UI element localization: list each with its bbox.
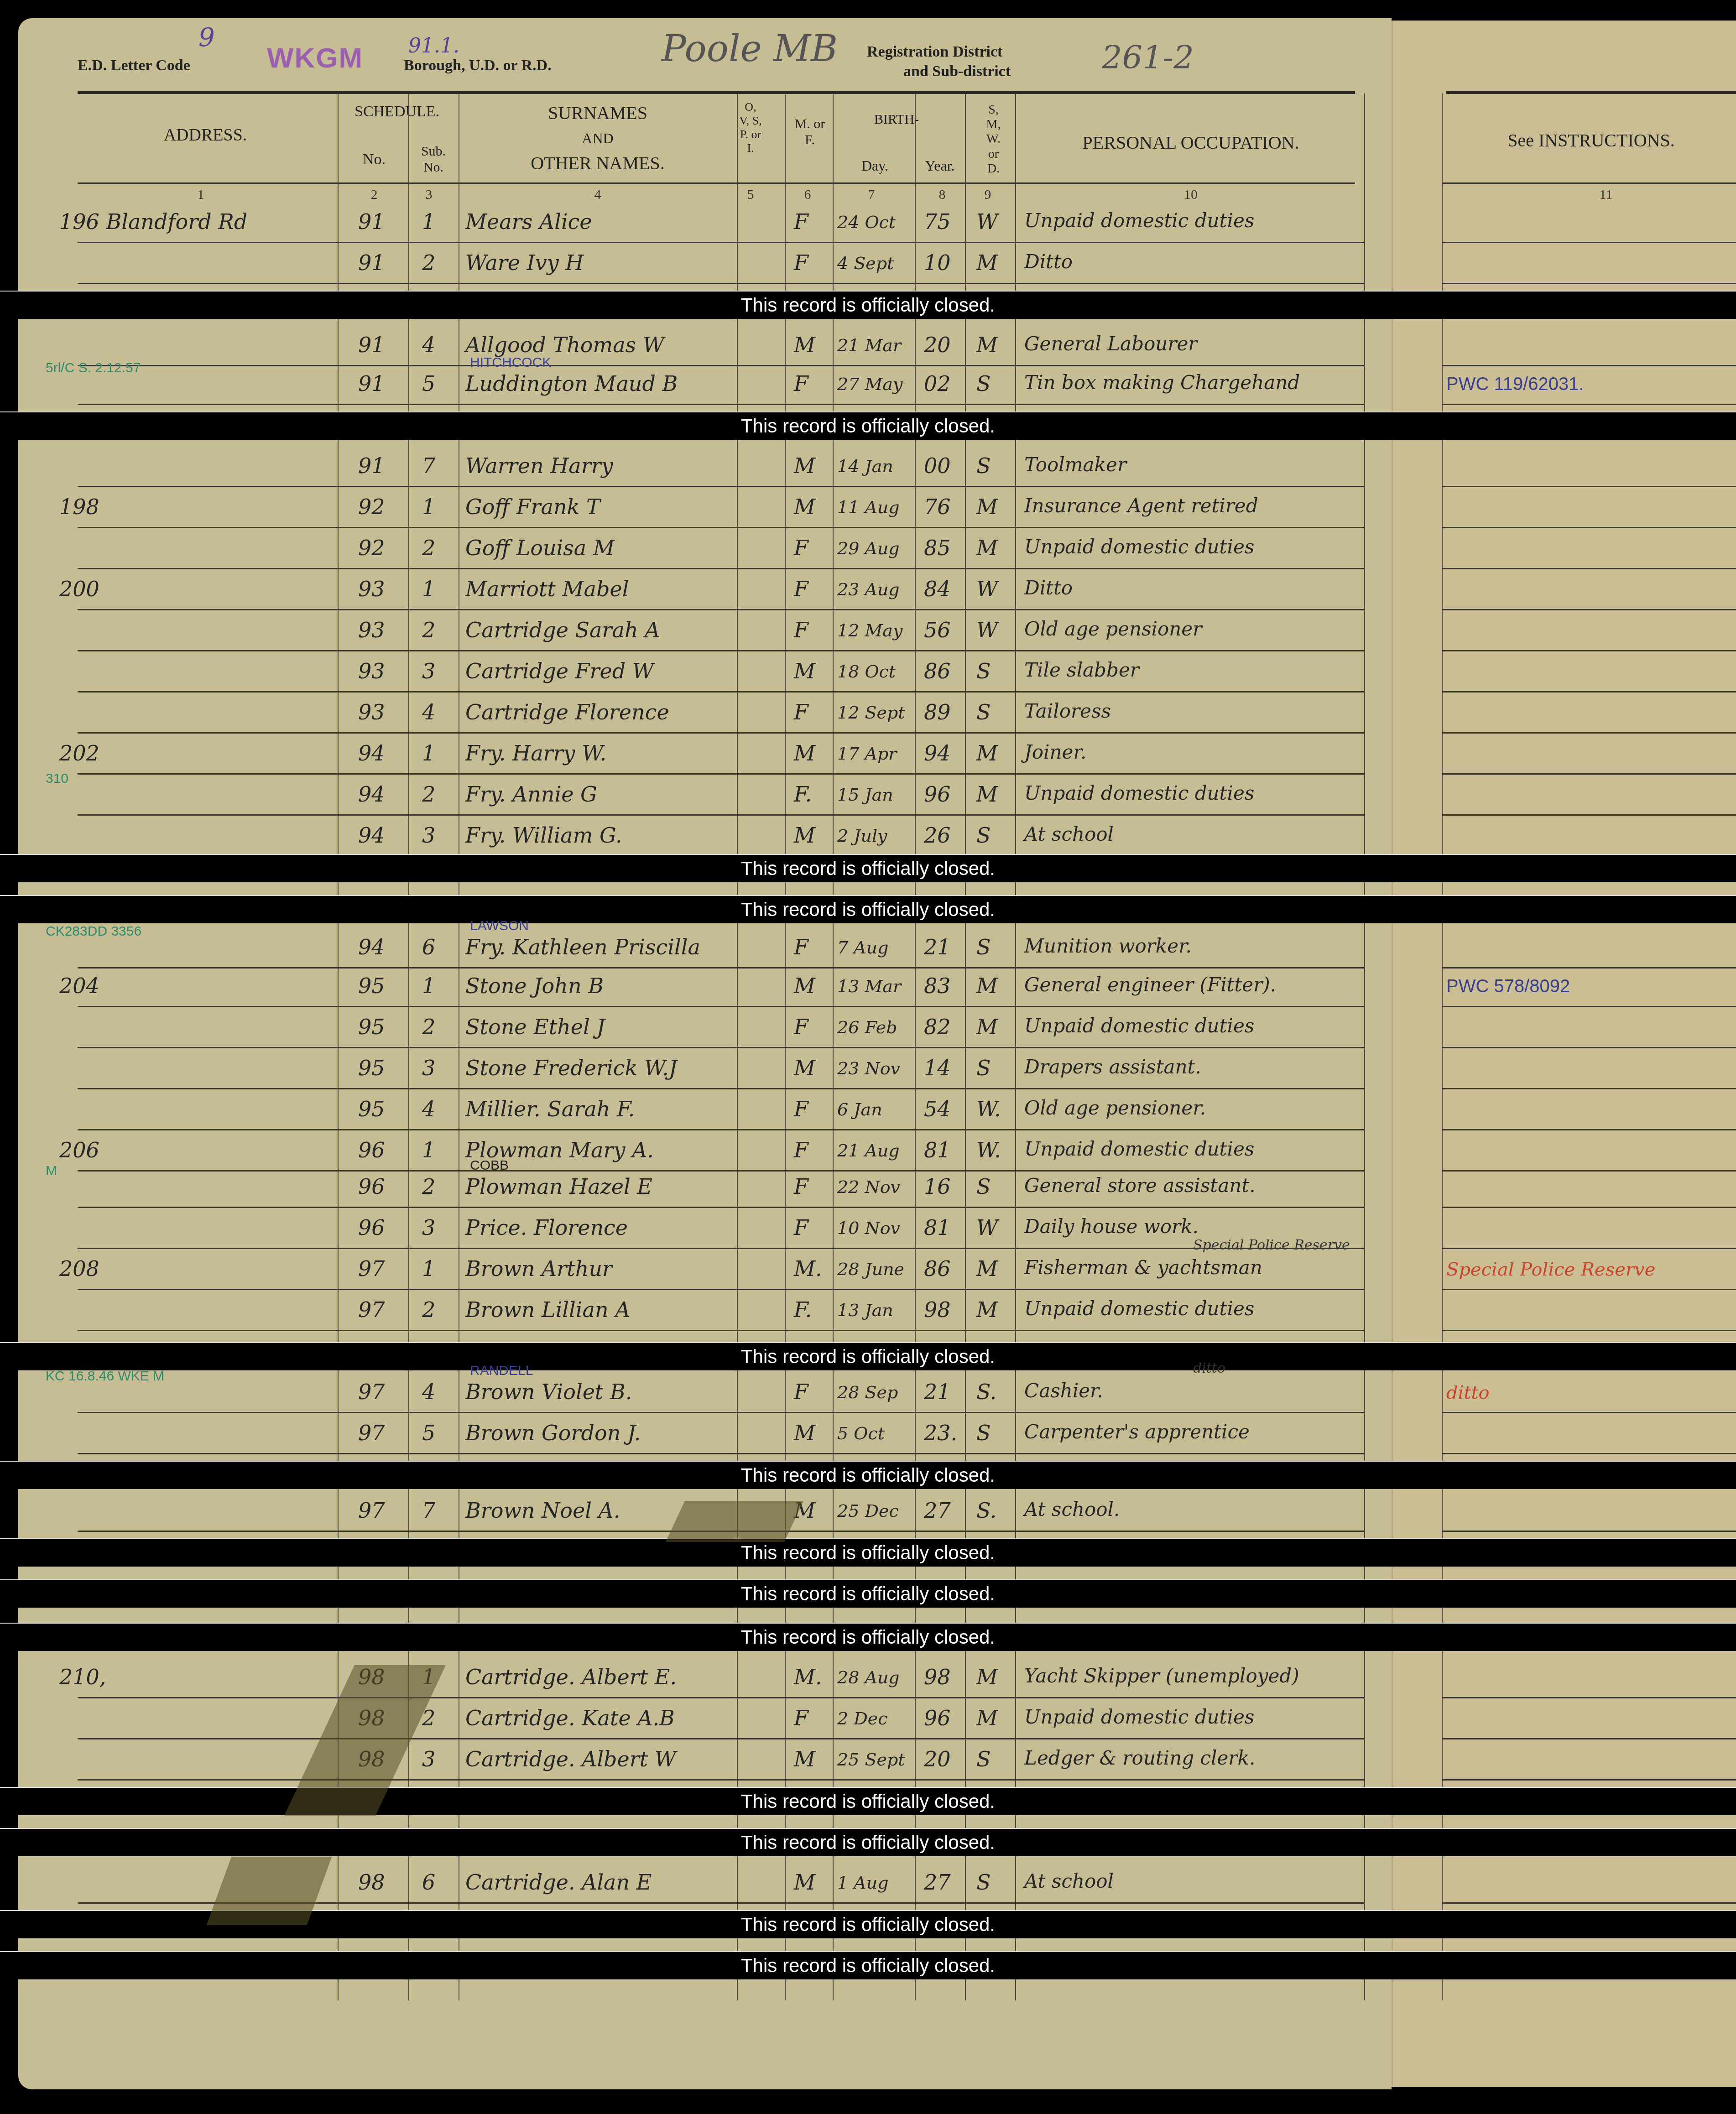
marital-status-cell: S — [976, 700, 991, 724]
birth-day-cell: 14 Jan — [837, 456, 893, 476]
col-sex: M. or F. — [789, 116, 830, 148]
sex-cell: M — [794, 741, 815, 765]
birth-day-cell: 22 Nov — [837, 1177, 900, 1197]
sex-cell: M — [794, 333, 815, 357]
schedule-no-cell: 94 — [358, 741, 385, 765]
row-rule-right — [1442, 691, 1736, 693]
occupation-cell: Fisherman & yachtsman — [1024, 1256, 1262, 1279]
birth-day-cell: 4 Sept — [837, 253, 894, 273]
name-cell: Goff Frank T — [465, 495, 600, 519]
row-rule — [78, 1779, 1364, 1781]
census-record-row: 912Ware Ivy HF4 Sept10MDitto — [0, 244, 1736, 284]
column-number: 5 — [737, 187, 764, 203]
marital-status-cell: W — [976, 618, 998, 642]
borough-value: Poole MB — [662, 27, 838, 70]
row-rule-right — [1442, 732, 1736, 734]
birth-day-cell: 18 Oct — [837, 661, 896, 682]
birth-day-cell: 5 Oct — [837, 1423, 885, 1443]
ed-number: 9 — [198, 23, 215, 52]
closed-record-banner: This record is officially closed. — [0, 1951, 1736, 1979]
name-annotation: LAWSON — [470, 918, 529, 934]
name-cell: Millier. Sarah F. — [465, 1097, 635, 1121]
row-rule — [78, 404, 1364, 405]
birth-year-cell: 84 — [924, 577, 951, 601]
row-rule — [78, 1453, 1364, 1454]
schedule-sub-cell: 6 — [422, 935, 435, 959]
row-rule-right — [1442, 650, 1736, 651]
schedule-no-cell: 97 — [358, 1380, 385, 1404]
name-cell: Cartridge. Albert E. — [465, 1665, 677, 1689]
marital-status-cell: W — [976, 577, 998, 601]
tape-mark — [666, 1501, 803, 1542]
schedule-no-cell: 92 — [358, 536, 385, 560]
name-cell: Brown Lillian A — [465, 1297, 630, 1322]
marital-status-cell: S — [976, 1056, 991, 1080]
schedule-no-cell: 95 — [358, 1015, 385, 1039]
sex-cell: M — [794, 1056, 815, 1080]
schedule-no-cell: 91 — [358, 333, 385, 357]
closed-record-banner: This record is officially closed. — [0, 1828, 1736, 1856]
census-record-row: 962Plowman Hazel EF22 Nov16SGeneral stor… — [0, 1168, 1736, 1208]
registration-district-label: Registration District — [867, 43, 1002, 61]
sex-cell: F — [794, 1174, 808, 1199]
schedule-no-cell: 91 — [358, 209, 385, 234]
row-rule — [78, 1207, 1364, 1208]
birth-day-cell: 15 Jan — [837, 785, 893, 805]
census-record-row: 975Brown Gordon J.M5 Oct23.SCarpenter's … — [0, 1414, 1736, 1454]
occupation-cell: Insurance Agent retired — [1024, 495, 1258, 517]
occupation-cell: Unpaid domestic duties — [1024, 1297, 1254, 1320]
column-number: 3 — [415, 187, 443, 203]
census-record-row: 933Cartridge Fred WM18 Oct86STile slabbe… — [0, 652, 1736, 693]
marital-status-cell: M — [976, 333, 998, 357]
birth-day-cell: 12 May — [837, 620, 902, 640]
schedule-no-cell: 91 — [358, 371, 385, 396]
closed-record-banner: This record is officially closed. — [0, 291, 1736, 319]
birth-year-cell: 00 — [924, 453, 951, 478]
row-rule-right — [1442, 1129, 1736, 1130]
birth-day-cell: 13 Jan — [837, 1300, 893, 1320]
ed-letter-code-label: E.D. Letter Code — [78, 57, 190, 74]
sex-cell: F — [794, 250, 808, 275]
birth-day-cell: 7 Aug — [837, 937, 889, 958]
birth-day-cell: 6 Jan — [837, 1099, 882, 1119]
sex-cell: F — [794, 371, 808, 396]
birth-day-cell: 17 Apr — [837, 744, 897, 764]
row-rule-right — [1442, 1453, 1736, 1454]
occupation-cell: Ditto — [1024, 577, 1073, 599]
name-cell: Cartridge. Albert W — [465, 1747, 676, 1771]
row-rule-right — [1442, 1006, 1736, 1007]
occupation-cell: General engineer (Fitter). — [1024, 974, 1276, 996]
census-record-row: 210,981Cartridge. Albert E.M.28 Aug98MYa… — [0, 1658, 1736, 1698]
col-names-2: AND — [461, 130, 735, 147]
address-annotation: 5rl/C S. 2.12.57 — [46, 360, 141, 376]
row-rule-right — [1442, 1779, 1736, 1781]
column-number: 2 — [360, 187, 388, 203]
census-record-row: 932Cartridge Sarah AF12 May56WOld age pe… — [0, 611, 1736, 651]
row-rule-right — [1442, 1531, 1736, 1532]
census-record-row: 974Brown Violet B.F28 Sep21S.Cashier.dit… — [0, 1373, 1736, 1413]
occupation-cell: Ledger & routing clerk. — [1024, 1747, 1255, 1769]
schedule-sub-cell: 4 — [422, 333, 435, 357]
birth-day-cell: 2 July — [837, 826, 887, 846]
row-rule — [78, 568, 1364, 569]
name-cell: Fry. Annie G — [465, 782, 597, 807]
schedule-sub-cell: 1 — [422, 577, 435, 601]
birth-year-cell: 56 — [924, 618, 951, 642]
schedule-sub-cell: 7 — [422, 1498, 435, 1523]
name-cell: Fry. William G. — [465, 823, 622, 848]
row-rule — [78, 814, 1364, 816]
census-record-row: 977Brown Noel A.M25 Dec27S.At school. — [0, 1492, 1736, 1532]
ed-letter-code-stamp: WKGM — [267, 42, 363, 74]
schedule-sub-cell: 3 — [422, 1056, 435, 1080]
borough-label: Borough, U.D. or R.D. — [404, 57, 552, 74]
schedule-no-cell: 96 — [358, 1174, 385, 1199]
name-cell: Ware Ivy H — [465, 250, 584, 275]
row-rule-right — [1442, 1902, 1736, 1904]
row-rule — [78, 283, 1364, 284]
birth-year-cell: 94 — [924, 741, 951, 765]
census-record-row: 196 Blandford Rd911Mears AliceF24 Oct75W… — [0, 203, 1736, 243]
schedule-sub-cell: 1 — [422, 974, 435, 998]
census-record-row: 952Stone Ethel JF26 Feb82MUnpaid domesti… — [0, 1008, 1736, 1048]
marital-status-cell: S — [976, 371, 991, 396]
name-cell: Luddington Maud B — [465, 371, 678, 396]
name-cell: Cartridge. Alan E — [465, 1870, 652, 1895]
col-birth-year: Year. — [917, 157, 963, 174]
name-cell: Cartridge. Kate A.B — [465, 1706, 675, 1730]
row-rule — [78, 732, 1364, 734]
column-number: 4 — [584, 187, 611, 203]
sex-cell: F — [794, 577, 808, 601]
name-annotation: RANDELL — [470, 1363, 533, 1379]
birth-year-cell: 98 — [924, 1297, 951, 1322]
row-rule — [78, 486, 1364, 487]
marital-status-cell: M — [976, 782, 998, 807]
sex-cell: F — [794, 1380, 808, 1404]
row-rule — [78, 1412, 1364, 1413]
marital-status-cell: S — [976, 453, 991, 478]
name-cell: Cartridge Sarah A — [465, 618, 660, 642]
address-cell: 208 — [59, 1256, 99, 1281]
birth-day-cell: 10 Nov — [837, 1218, 900, 1238]
row-rule-right — [1442, 1697, 1736, 1698]
sex-cell: M — [794, 1747, 815, 1771]
schedule-sub-cell: 1 — [422, 1256, 435, 1281]
marital-status-cell: M — [976, 1665, 998, 1689]
birth-day-cell: 21 Mar — [837, 335, 901, 355]
row-rule — [78, 1129, 1364, 1130]
birth-year-cell: 54 — [924, 1097, 951, 1121]
birth-year-cell: 83 — [924, 974, 951, 998]
birth-day-cell: 12 Sept — [837, 703, 905, 723]
sex-cell: F — [794, 1138, 808, 1162]
schedule-sub-cell: 4 — [422, 1380, 435, 1404]
birth-year-cell: 27 — [924, 1498, 951, 1523]
occupation-cell: Toolmaker — [1024, 453, 1126, 476]
sex-cell: M — [794, 974, 815, 998]
census-record-row: 963Price. FlorenceF10 Nov81WDaily house … — [0, 1209, 1736, 1249]
row-rule-right — [1442, 486, 1736, 487]
occupation-cell: Ditto — [1024, 250, 1073, 273]
birth-day-cell: 13 Mar — [837, 976, 901, 996]
row-rule — [78, 1738, 1364, 1739]
sex-cell: F — [794, 1097, 808, 1121]
occupation-cell: Carpenter's apprentice — [1024, 1421, 1250, 1443]
schedule-sub-cell: 1 — [422, 1138, 435, 1162]
closed-record-banner: This record is officially closed. — [0, 1538, 1736, 1567]
row-rule — [78, 1289, 1364, 1290]
occupation-cell: Joiner. — [1024, 741, 1086, 763]
header-rule — [78, 91, 1355, 94]
address-annotation: M — [46, 1163, 57, 1179]
birth-day-cell: 11 Aug — [837, 497, 900, 517]
name-cell: Brown Arthur — [465, 1256, 612, 1281]
birth-day-cell: 28 Sep — [837, 1382, 898, 1402]
row-rule-right — [1442, 527, 1736, 528]
row-rule-right — [1442, 609, 1736, 610]
marital-status-cell: S. — [976, 1380, 997, 1404]
occupation-cell: Tailoress — [1024, 700, 1111, 722]
address-cell: 206 — [59, 1138, 99, 1162]
marital-status-cell: S — [976, 1747, 991, 1771]
schedule-sub-cell: 2 — [422, 250, 435, 275]
schedule-sub-cell: 3 — [422, 1747, 435, 1771]
birth-year-cell: 96 — [924, 782, 951, 807]
closed-record-banner: This record is officially closed. — [0, 1461, 1736, 1489]
instructions-annotation: ditto — [1446, 1382, 1490, 1403]
sex-cell: F. — [794, 782, 812, 807]
birth-year-cell: 85 — [924, 536, 951, 560]
occupation-cell: Munition worker. — [1024, 935, 1192, 957]
marital-status-cell: W — [976, 1215, 998, 1240]
closed-record-banner: This record is officially closed. — [0, 1787, 1736, 1815]
census-record-row: 954Millier. Sarah F.F6 Jan54W.Old age pe… — [0, 1090, 1736, 1130]
sex-cell: M. — [794, 1256, 822, 1281]
column-number: 1 — [187, 187, 214, 203]
occupation-annotation: ditto — [1193, 1360, 1225, 1376]
name-cell: Cartridge Florence — [465, 700, 669, 724]
column-number: 10 — [1177, 187, 1204, 203]
sex-cell: M — [794, 823, 815, 848]
occupation-cell: Unpaid domestic duties — [1024, 536, 1254, 558]
birth-day-cell: 28 Aug — [837, 1667, 900, 1687]
marital-status-cell: S — [976, 659, 991, 683]
column-number: 8 — [928, 187, 956, 203]
schedule-no-cell: 95 — [358, 1097, 385, 1121]
schedule-sub-cell: 7 — [422, 453, 435, 478]
sex-cell: F — [794, 1215, 808, 1240]
row-rule — [78, 1330, 1364, 1331]
name-cell: Plowman Hazel E — [465, 1174, 652, 1199]
col-address: ADDRESS. — [78, 125, 333, 146]
marital-status-cell: S — [976, 1421, 991, 1445]
schedule-no-cell: 97 — [358, 1297, 385, 1322]
marital-status-cell: W — [976, 209, 998, 234]
schedule-no-cell: 94 — [358, 782, 385, 807]
census-record-row: 934Cartridge FlorenceF12 Sept89STailores… — [0, 693, 1736, 734]
name-cell: Fry. Kathleen Priscilla — [465, 935, 700, 959]
name-cell: Goff Louisa M — [465, 536, 615, 560]
col-marital: S, M, W. or D. — [981, 103, 1006, 176]
marital-status-cell: S — [976, 1174, 991, 1199]
column-number: 9 — [974, 187, 1001, 203]
occupation-cell: Old age pensioner. — [1024, 1097, 1206, 1119]
schedule-no-cell: 96 — [358, 1138, 385, 1162]
address-annotation: 310 — [46, 771, 68, 786]
address-annotation: KC 16.8.46 WKE M — [46, 1369, 164, 1384]
row-rule — [78, 650, 1364, 651]
name-cell: Fry. Harry W. — [465, 741, 606, 765]
schedule-sub-cell: 1 — [422, 209, 435, 234]
birth-year-cell: 86 — [924, 659, 951, 683]
schedule-sub-cell: 2 — [422, 1297, 435, 1322]
census-record-row: 208971Brown ArthurM.28 June86MFisherman … — [0, 1250, 1736, 1290]
census-record-row: 946Fry. Kathleen PriscillaF7 Aug21SMunit… — [0, 928, 1736, 968]
schedule-no-cell: 94 — [358, 823, 385, 848]
col-schedule-sub: Sub. No. — [411, 144, 456, 175]
schedule-no-cell: 93 — [358, 618, 385, 642]
birth-year-cell: 23. — [924, 1421, 957, 1445]
row-rule — [78, 1697, 1364, 1698]
sex-cell: F — [794, 935, 808, 959]
marital-status-cell: W. — [976, 1138, 1001, 1162]
row-rule — [78, 1047, 1364, 1048]
instructions-annotation: PWC 119/62031. — [1446, 374, 1584, 395]
birth-day-cell: 2 Dec — [837, 1708, 888, 1729]
schedule-no-cell: 95 — [358, 974, 385, 998]
marital-status-cell: S — [976, 823, 991, 848]
row-rule-right — [1442, 1330, 1736, 1331]
address-cell: 198 — [59, 495, 99, 519]
sex-cell: F — [794, 209, 808, 234]
col-names-1: SURNAMES — [461, 103, 735, 124]
schedule-sub-cell: 3 — [422, 823, 435, 848]
occupation-cell: Tile slabber — [1024, 659, 1139, 681]
census-record-row: 922Goff Louisa MF29 Aug85MUnpaid domesti… — [0, 529, 1736, 569]
sex-cell: M. — [794, 1665, 822, 1689]
schedule-sub-cell: 2 — [422, 1015, 435, 1039]
birth-day-cell: 28 June — [837, 1259, 904, 1279]
schedule-no-cell: 96 — [358, 1215, 385, 1240]
census-record-row: 983Cartridge. Albert WM25 Sept20SLedger … — [0, 1740, 1736, 1781]
address-cell: 202 — [59, 741, 99, 765]
occupation-cell: At school. — [1024, 1498, 1120, 1520]
occupation-cell: At school — [1024, 823, 1114, 845]
column-number-rule-right — [1442, 182, 1736, 184]
census-record-row: 982Cartridge. Kate A.BF2 Dec96MUnpaid do… — [0, 1699, 1736, 1739]
instructions-annotation: PWC 578/8092 — [1446, 976, 1570, 997]
closed-record-banner: This record is officially closed. — [0, 895, 1736, 923]
closed-record-banner: This record is officially closed. — [0, 1623, 1736, 1651]
schedule-no-cell: 93 — [358, 577, 385, 601]
name-annotation: COBB — [470, 1158, 509, 1173]
marital-status-cell: M — [976, 1256, 998, 1281]
col-names-3: OTHER NAMES. — [461, 153, 735, 174]
name-cell: Stone Frederick W.J — [465, 1056, 677, 1080]
birth-year-cell: 96 — [924, 1706, 951, 1730]
row-rule-right — [1442, 283, 1736, 284]
marital-status-cell: W. — [976, 1097, 1001, 1121]
row-rule — [78, 527, 1364, 528]
marital-status-cell: M — [976, 250, 998, 275]
occupation-cell: Yacht Skipper (unemployed) — [1024, 1665, 1299, 1687]
col-schedule-no: No. — [340, 151, 408, 168]
address-cell: 200 — [59, 577, 99, 601]
name-cell: Stone Ethel J — [465, 1015, 605, 1039]
birth-day-cell: 23 Nov — [837, 1058, 900, 1078]
address-cell: 210, — [59, 1665, 106, 1689]
occupation-cell: Cashier. — [1024, 1380, 1103, 1402]
row-rule-right — [1442, 1248, 1736, 1249]
sex-cell: M — [794, 453, 815, 478]
row-rule — [78, 691, 1364, 693]
column-number: 6 — [794, 187, 821, 203]
birth-year-cell: 98 — [924, 1665, 951, 1689]
row-rule-right — [1442, 1047, 1736, 1048]
col-birth-day: Day. — [835, 157, 915, 174]
schedule-sub-cell: 3 — [422, 1215, 435, 1240]
schedule-sub-cell: 2 — [422, 782, 435, 807]
schedule-sub-cell: 2 — [422, 618, 435, 642]
sex-cell: M — [794, 1421, 815, 1445]
row-rule-right — [1442, 1088, 1736, 1089]
sex-cell: F — [794, 1706, 808, 1730]
sex-cell: M — [794, 1870, 815, 1895]
occupation-cell: Daily house work. — [1024, 1215, 1199, 1238]
occupation-annotation: Special Police Reserve — [1193, 1237, 1350, 1253]
census-record-row: 953Stone Frederick W.JM23 Nov14SDrapers … — [0, 1049, 1736, 1089]
sex-cell: F — [794, 1015, 808, 1039]
birth-day-cell: 24 Oct — [837, 212, 896, 232]
marital-status-cell: M — [976, 1015, 998, 1039]
birth-year-cell: 86 — [924, 1256, 951, 1281]
schedule-sub-cell: 6 — [422, 1870, 435, 1895]
birth-year-cell: 27 — [924, 1870, 951, 1895]
birth-day-cell: 1 Aug — [837, 1873, 889, 1893]
birth-year-cell: 89 — [924, 700, 951, 724]
ed-reference: 91.1. — [408, 34, 459, 57]
name-cell: Allgood Thomas W — [465, 333, 664, 357]
census-record-row: 198921Goff Frank TM11 Aug76MInsurance Ag… — [0, 488, 1736, 528]
address-cell: 204 — [59, 974, 99, 998]
schedule-sub-cell: 2 — [422, 536, 435, 560]
birth-year-cell: 16 — [924, 1174, 951, 1199]
name-cell: Cartridge Fred W — [465, 659, 654, 683]
row-rule-right — [1442, 1289, 1736, 1290]
census-record-row: 202941Fry. Harry W.M17 Apr94MJoiner. — [0, 734, 1736, 775]
row-rule-right — [1442, 568, 1736, 569]
birth-day-cell: 29 Aug — [837, 538, 900, 558]
sex-cell: F — [794, 700, 808, 724]
name-annotation: HITCHCOCK — [470, 355, 551, 370]
birth-day-cell: 25 Sept — [837, 1750, 905, 1770]
census-record-row: 206961Plowman Mary A.F21 Aug81W.Unpaid d… — [0, 1131, 1736, 1172]
schedule-no-cell: 93 — [358, 700, 385, 724]
birth-day-cell: 26 Feb — [837, 1017, 897, 1037]
birth-year-cell: 14 — [924, 1056, 951, 1080]
birth-day-cell: 23 Aug — [837, 579, 900, 599]
occupation-cell: Tin box making Chargehand — [1024, 371, 1300, 394]
col-ovspi: O, V, S, P. or I. — [739, 100, 762, 155]
occupation-cell: Drapers assistant. — [1024, 1056, 1201, 1078]
schedule-no-cell: 94 — [358, 935, 385, 959]
name-cell: Brown Violet B. — [465, 1380, 632, 1404]
row-rule-right — [1442, 1207, 1736, 1208]
census-record-row: 204951Stone John BM13 Mar83MGeneral engi… — [0, 967, 1736, 1007]
